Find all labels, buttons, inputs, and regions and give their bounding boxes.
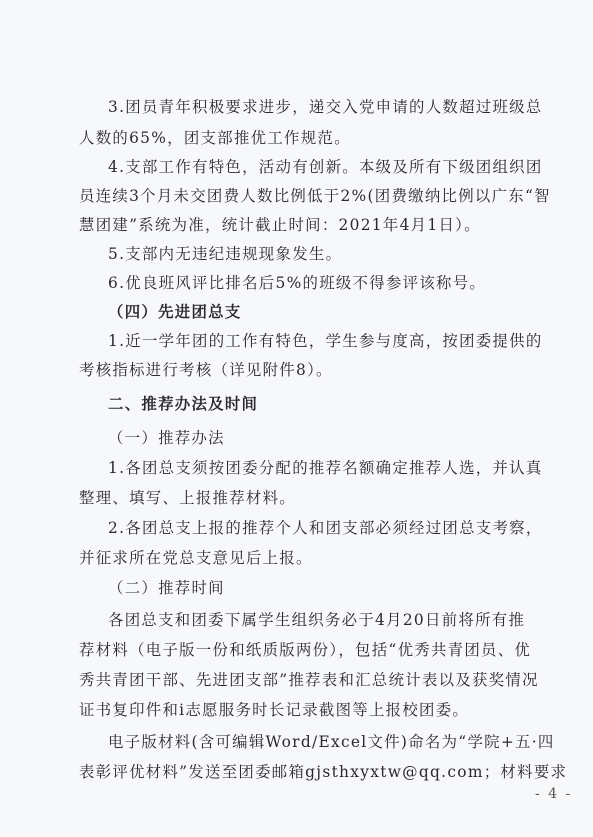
section-heading: 二、推荐办法及时间 — [108, 394, 519, 414]
paragraph-line: 3.团员青年积极要求进步，递交入党申请的人数超过班级总 — [108, 97, 519, 117]
paragraph-line: 秀共青团干部、先进团支部”推荐表和汇总统计表以及获奖情况 — [79, 670, 519, 690]
page-number: - 4 - — [535, 786, 572, 802]
paragraph-line: 各团总支和团委下属学生组织务必于4月20日前将所有推 — [108, 610, 519, 630]
paragraph-line: 2.各团总支上报的推荐个人和团支部必须经过团总支考察， — [108, 518, 519, 538]
paragraph-line: 4.支部工作有特色，活动有创新。本级及所有下级团组织团 — [108, 157, 519, 177]
paragraph-line: 5.支部内无违纪违规现象发生。 — [108, 244, 519, 264]
paragraph-line: 人数的65%，团支部推优工作规范。 — [79, 128, 519, 148]
paragraph-line: 6.优良班风评比排名后5%的班级不得参评该称号。 — [108, 273, 519, 293]
paragraph-line: 并征求所在党总支意见后上报。 — [79, 548, 519, 568]
paragraph-line: 1.近一学年团的工作有特色，学生参与度高，按团委提供的 — [108, 331, 519, 351]
paragraph-line: 电子版材料(含可编辑Word/Excel文件)命名为“学院+五·四 — [108, 732, 519, 752]
paragraph-line: 1.各团总支须按团委分配的推荐名额确定推荐人选，并认真 — [108, 458, 519, 478]
document-page: 3.团员青年积极要求进步，递交入党申请的人数超过班级总人数的65%，团支部推优工… — [0, 0, 593, 837]
section-heading: （四）先进团总支 — [108, 302, 519, 322]
paragraph-line: 证书复印件和i志愿服务时长记录截图等上报校团委。 — [79, 700, 519, 720]
paragraph-line: 整理、填写、上报推荐材料。 — [79, 488, 519, 508]
paragraph-line: （二）推荐时间 — [108, 578, 519, 598]
paragraph-line: （一）推荐办法 — [108, 428, 519, 448]
paragraph-line: 慧团建”系统为准，统计截止时间：2021年4月1日）。 — [79, 215, 519, 235]
paragraph-line: 表彰评优材料”发送至团委邮箱gjsthxyxtw@qq.com；材料要求 — [79, 762, 519, 782]
paragraph-line: 荐材料（电子版一份和纸质版两份），包括“优秀共青团员、优 — [79, 640, 519, 660]
paragraph-line: 考核指标进行考核（详见附件8）。 — [79, 360, 519, 380]
paragraph-line: 员连续3个月未交团费人数比例低于2%(团费缴纳比例以广东“智 — [79, 186, 519, 206]
